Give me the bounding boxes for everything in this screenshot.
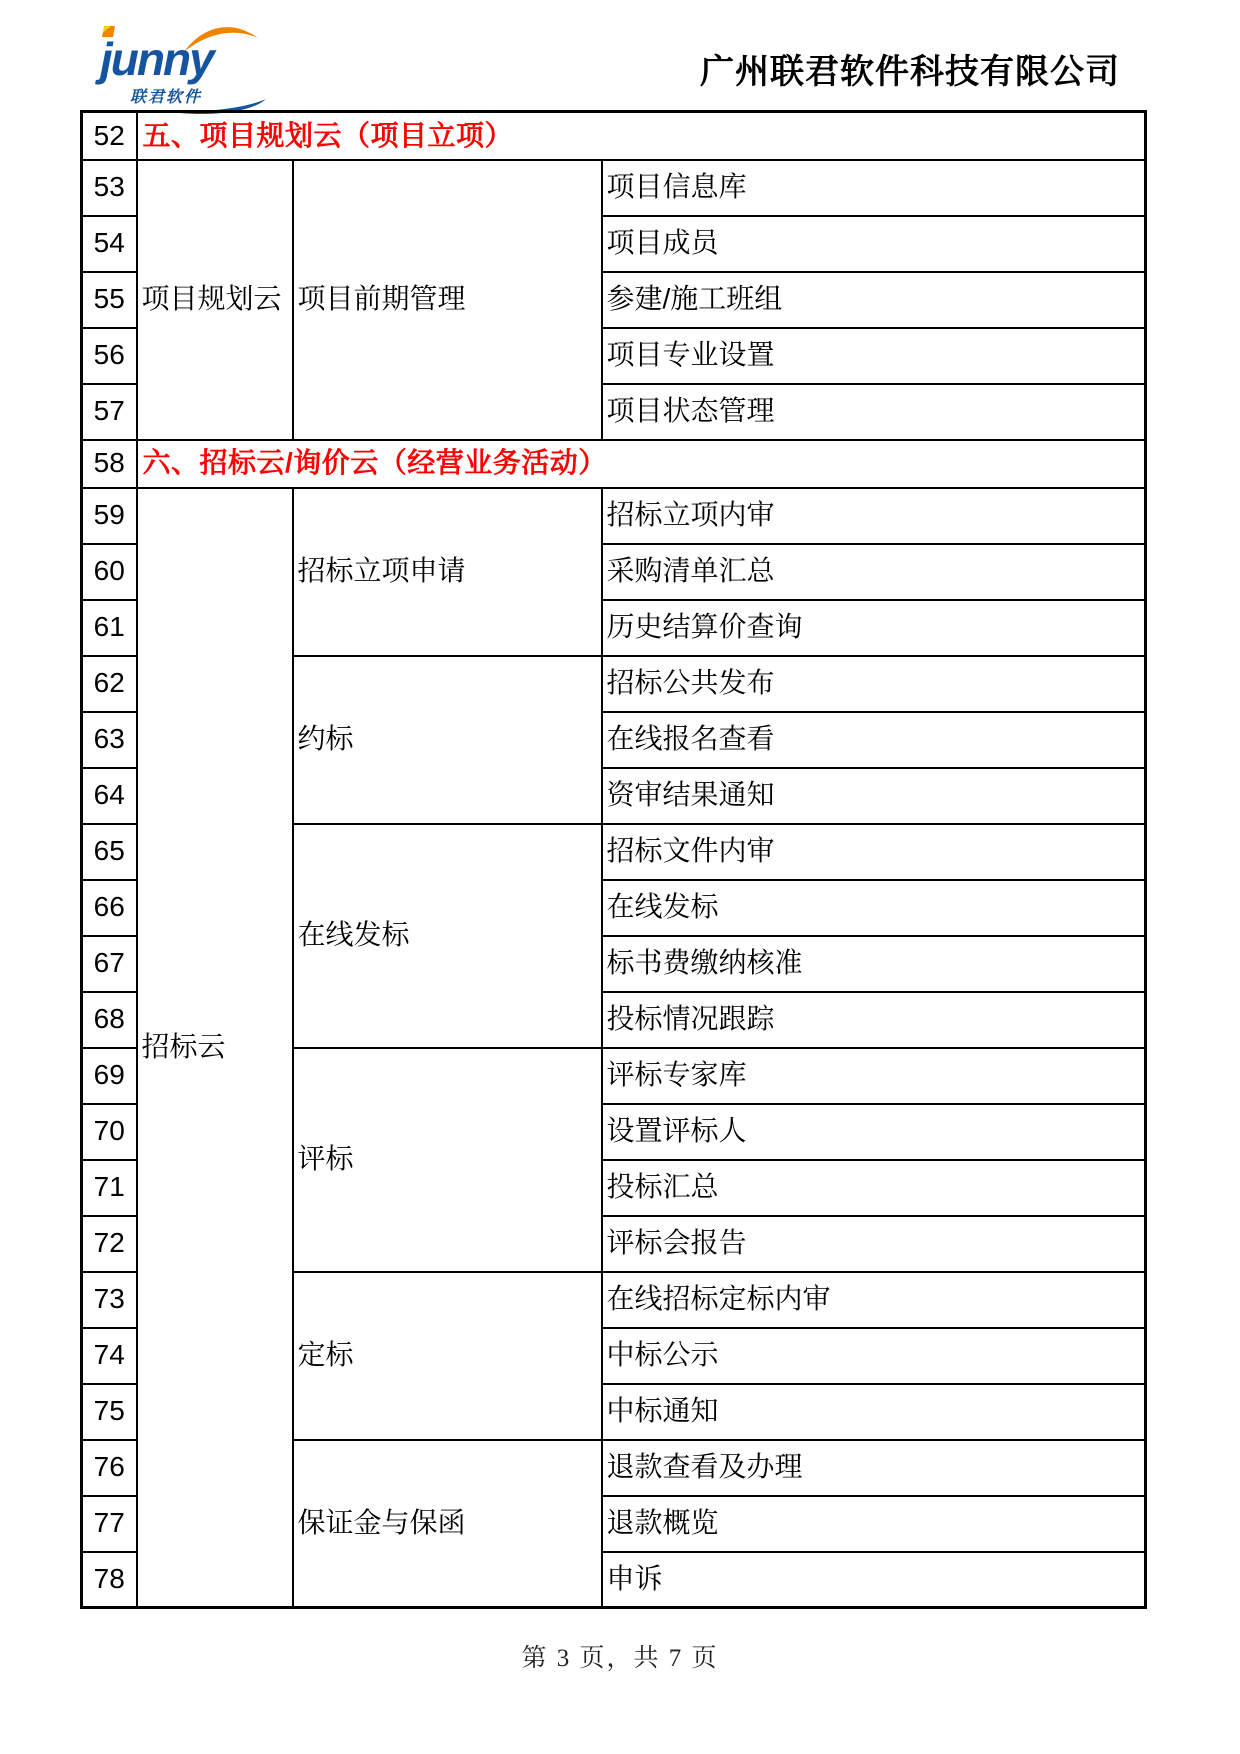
row-number-cell: 62 bbox=[82, 656, 137, 712]
row-number-cell: 60 bbox=[82, 544, 137, 600]
row-number-cell: 66 bbox=[82, 880, 137, 936]
feature-item-cell: 退款查看及办理 bbox=[602, 1440, 1146, 1496]
table-row: 53 项目规划云 项目前期管理 项目信息库 bbox=[82, 160, 1146, 216]
row-number-cell: 75 bbox=[82, 1384, 137, 1440]
page-indicator: 第 3 页，共 7 页 bbox=[0, 1638, 1240, 1674]
feature-item-cell: 申诉 bbox=[602, 1552, 1146, 1608]
feature-item-cell: 招标公共发布 bbox=[602, 656, 1146, 712]
row-number-cell: 52 bbox=[82, 112, 137, 160]
cloud-group-cell: 招标云 bbox=[137, 488, 293, 1608]
row-number-cell: 73 bbox=[82, 1272, 137, 1328]
row-number-cell: 59 bbox=[82, 488, 137, 544]
cloud-group-cell: 项目规划云 bbox=[137, 160, 293, 440]
module-group-cell: 评标 bbox=[293, 1048, 602, 1272]
feature-item-cell: 项目专业设置 bbox=[602, 328, 1146, 384]
row-number-cell: 70 bbox=[82, 1104, 137, 1160]
row-number-cell: 63 bbox=[82, 712, 137, 768]
row-number-cell: 58 bbox=[82, 440, 137, 488]
feature-item-cell: 招标立项内审 bbox=[602, 488, 1146, 544]
row-number-cell: 56 bbox=[82, 328, 137, 384]
row-number-cell: 72 bbox=[82, 1216, 137, 1272]
row-number-cell: 53 bbox=[82, 160, 137, 216]
module-group-cell: 约标 bbox=[293, 656, 602, 824]
feature-item-cell: 评标专家库 bbox=[602, 1048, 1146, 1104]
row-number-cell: 71 bbox=[82, 1160, 137, 1216]
feature-item-cell: 投标情况跟踪 bbox=[602, 992, 1146, 1048]
row-number-cell: 76 bbox=[82, 1440, 137, 1496]
row-number-cell: 55 bbox=[82, 272, 137, 328]
feature-item-cell: 参建/施工班组 bbox=[602, 272, 1146, 328]
row-number-cell: 64 bbox=[82, 768, 137, 824]
feature-item-cell: 评标会报告 bbox=[602, 1216, 1146, 1272]
module-group-cell: 招标立项申请 bbox=[293, 488, 602, 656]
feature-item-cell: 招标文件内审 bbox=[602, 824, 1146, 880]
feature-item-cell: 设置评标人 bbox=[602, 1104, 1146, 1160]
feature-item-cell: 中标公示 bbox=[602, 1328, 1146, 1384]
section-header-cell: 五、项目规划云（项目立项） bbox=[137, 112, 1146, 160]
junny-logo: junny 联君软件 bbox=[100, 30, 270, 108]
row-number-cell: 65 bbox=[82, 824, 137, 880]
feature-item-cell: 资审结果通知 bbox=[602, 768, 1146, 824]
table-row: 52 五、项目规划云（项目立项） bbox=[82, 112, 1146, 160]
row-number-cell: 68 bbox=[82, 992, 137, 1048]
row-number-cell: 57 bbox=[82, 384, 137, 440]
feature-item-cell: 在线招标定标内审 bbox=[602, 1272, 1146, 1328]
feature-item-cell: 在线报名查看 bbox=[602, 712, 1146, 768]
row-number-cell: 69 bbox=[82, 1048, 137, 1104]
logo-wordmark: junny bbox=[100, 36, 213, 82]
document-page: junny 联君软件 广州联君软件科技有限公司 52 五、项目规划云（项目立项）… bbox=[0, 0, 1240, 1754]
feature-item-cell: 项目信息库 bbox=[602, 160, 1146, 216]
feature-item-cell: 项目状态管理 bbox=[602, 384, 1146, 440]
module-group-cell: 定标 bbox=[293, 1272, 602, 1440]
row-number-cell: 61 bbox=[82, 600, 137, 656]
feature-item-cell: 采购清单汇总 bbox=[602, 544, 1146, 600]
feature-item-cell: 退款概览 bbox=[602, 1496, 1146, 1552]
module-group-cell: 项目前期管理 bbox=[293, 160, 602, 440]
feature-item-cell: 中标通知 bbox=[602, 1384, 1146, 1440]
row-number-cell: 78 bbox=[82, 1552, 137, 1608]
feature-item-cell: 投标汇总 bbox=[602, 1160, 1146, 1216]
module-group-cell: 保证金与保函 bbox=[293, 1440, 602, 1608]
company-name: 广州联君软件科技有限公司 bbox=[700, 44, 1120, 93]
table-row: 58 六、招标云/询价云（经营业务活动） bbox=[82, 440, 1146, 488]
feature-item-cell: 项目成员 bbox=[602, 216, 1146, 272]
feature-item-cell: 历史结算价查询 bbox=[602, 600, 1146, 656]
module-group-cell: 在线发标 bbox=[293, 824, 602, 1048]
row-number-cell: 77 bbox=[82, 1496, 137, 1552]
section-header-cell: 六、招标云/询价云（经营业务活动） bbox=[137, 440, 1146, 488]
feature-item-cell: 标书费缴纳核准 bbox=[602, 936, 1146, 992]
feature-table: 52 五、项目规划云（项目立项） 53 项目规划云 项目前期管理 项目信息库 5… bbox=[80, 110, 1147, 1609]
table-row: 59 招标云 招标立项申请 招标立项内审 bbox=[82, 488, 1146, 544]
row-number-cell: 67 bbox=[82, 936, 137, 992]
feature-item-cell: 在线发标 bbox=[602, 880, 1146, 936]
row-number-cell: 54 bbox=[82, 216, 137, 272]
row-number-cell: 74 bbox=[82, 1328, 137, 1384]
